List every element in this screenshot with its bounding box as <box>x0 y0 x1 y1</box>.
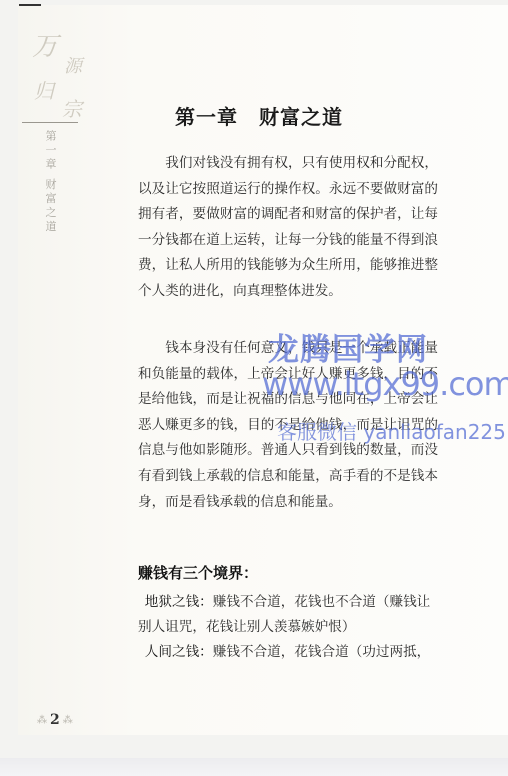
level-text: 赚钱不合道，花钱合道（功过两抵， <box>213 644 431 660</box>
watermark-contact: 客服微信 yanliaofan225 <box>277 416 506 445</box>
ornament-icon: ⁂ <box>63 715 73 726</box>
bottom-edge <box>0 758 508 776</box>
paragraph-text: 我们对钱没有拥有权，只有使用权和分配权，以及让它按照道运行的操作权。永远不要做财… <box>138 151 438 305</box>
level-term: 人间之钱： <box>145 644 213 660</box>
ornament-icon: ⁂ <box>37 715 47 726</box>
level-item-human: 人间之钱：赚钱不合道，花钱合道（功过两抵， <box>138 640 438 665</box>
watermark-site-name: 龙腾国学网 <box>268 324 428 369</box>
logo-char: 归 <box>34 77 54 105</box>
watermark-url: www.ltgx99.com <box>262 365 508 403</box>
chapter-title: 第一章 财富之道 <box>175 101 343 130</box>
side-logo: 万 源 归 宗 <box>30 25 90 115</box>
levels-list: 地狱之钱：赚钱不合道，花钱也不合道（赚钱让别人诅咒，花钱让别人羡慕嫉妒恨） 人间… <box>138 590 438 665</box>
side-chapter-label: 第一章 财富之道 <box>44 130 58 235</box>
level-item-hell: 地狱之钱：赚钱不合道，花钱也不合道（赚钱让别人诅咒，花钱让别人羡慕嫉妒恨） <box>138 590 438 640</box>
page-number-value: 2 <box>50 712 60 728</box>
paragraph-1: 我们对钱没有拥有权，只有使用权和分配权，以及让它按照道运行的操作权。永远不要做财… <box>138 151 438 305</box>
logo-char: 万 <box>32 33 58 61</box>
level-term: 地狱之钱： <box>145 594 213 610</box>
page-number: ⁂2⁂ <box>34 712 76 728</box>
top-edge-mark <box>19 4 41 6</box>
logo-char: 宗 <box>62 95 82 123</box>
logo-char: 源 <box>64 53 82 81</box>
side-divider <box>22 122 78 123</box>
section-subheading: 赚钱有三个境界： <box>138 562 258 583</box>
